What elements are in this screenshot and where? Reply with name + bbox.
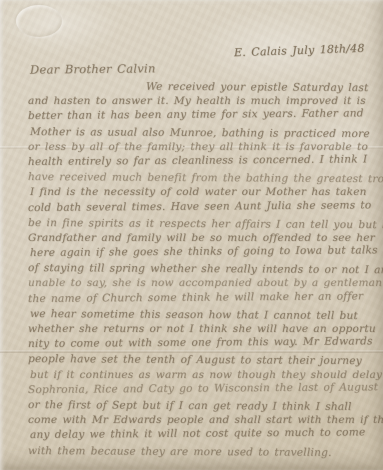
- salutation: Dear Brother Calvin: [30, 61, 156, 76]
- letter-line: Sophronia, Rice and Caty go to Wisconsin…: [28, 381, 369, 399]
- letter-line: or the first of Sept but if I can get re…: [28, 399, 369, 416]
- letter-line: any delay we think it will not cost quit…: [30, 427, 369, 445]
- letter-line: cold bath several times. Have seen Aunt …: [28, 199, 369, 217]
- letter-line: health entirely so far as cleanliness is…: [28, 153, 369, 171]
- letter-line: be in fine spirits as it respects her af…: [28, 217, 369, 234]
- letter-line: the name of Church some think he will ma…: [28, 290, 369, 308]
- letter-line: have received much benefit from the bath…: [28, 171, 369, 188]
- letter-body: We received your epistle Saturday last a…: [28, 80, 369, 460]
- letter-scan: E. Calais July 18th/48 Dear Brother Calv…: [0, 0, 383, 470]
- letter-line: we hear sometime this season how that I …: [30, 308, 369, 325]
- letter-line: We received your epistle Saturday last: [28, 80, 369, 97]
- embossed-seal: [16, 5, 62, 37]
- letter-line: nity to come out with some one from this…: [28, 336, 369, 354]
- dateline: E. Calais July 18th/48: [234, 42, 365, 60]
- letter-line: with them because they are more used to …: [28, 445, 369, 462]
- letter-line: better than it has been any time for six…: [28, 108, 369, 126]
- letter-line: here again if she goes she thinks of goi…: [30, 244, 369, 262]
